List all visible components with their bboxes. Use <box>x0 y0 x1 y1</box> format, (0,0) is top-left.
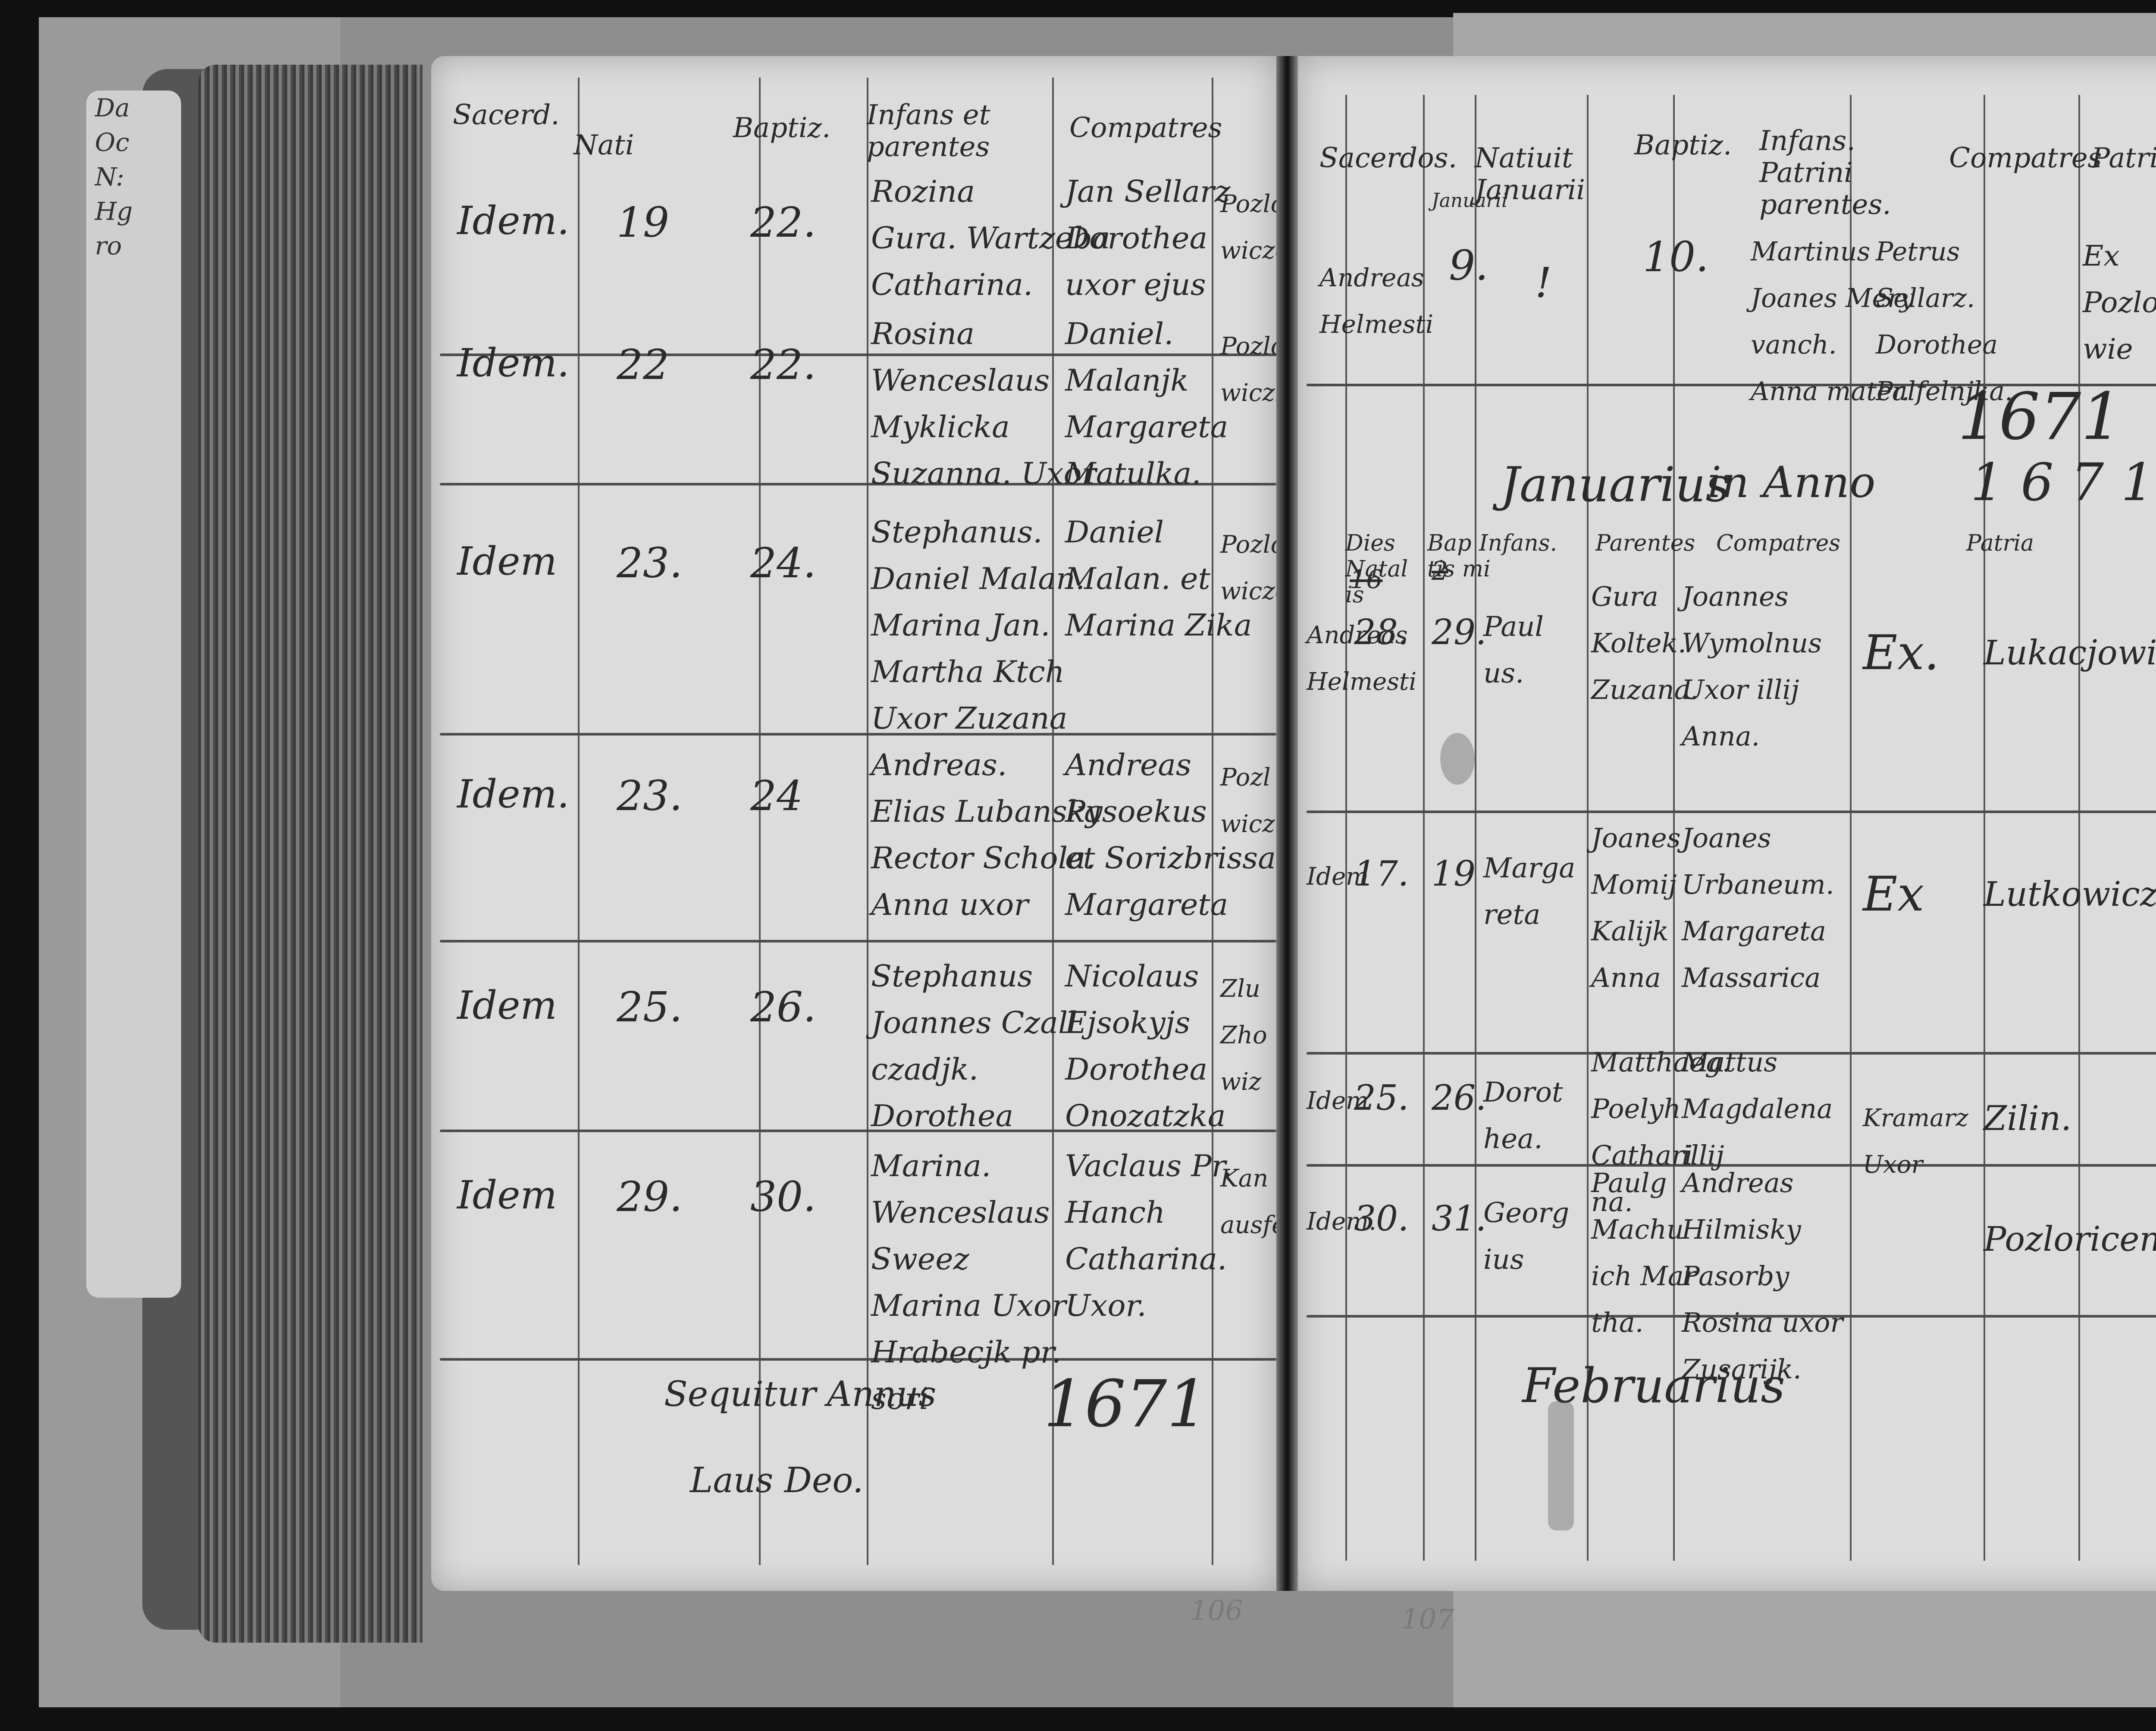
entry-compatres: uxor ejus <box>1065 261 1206 308</box>
entry-infans-parentes: Marina Jan. <box>871 602 1050 648</box>
entry-locus: wicz <box>1220 801 1275 848</box>
entry-sacerdos: Idem. <box>457 198 569 244</box>
entry-infans-parentes: Wenceslaus <box>871 1189 1050 1236</box>
entry-dies-natalis: 30. <box>1354 1199 1409 1239</box>
entry-ex: Uxor <box>1863 1142 1923 1188</box>
entry-infans-parentes: Sweez <box>871 1236 969 1282</box>
entry-compatres: Hanch <box>1065 1189 1165 1236</box>
entry-compatres: Massarica <box>1682 955 1821 1001</box>
entry-baptizati: 22. <box>750 341 816 389</box>
col-header-sacerdos: Sacerdos. <box>1319 142 1457 174</box>
entry-nati: 23. <box>617 772 683 820</box>
entry-compatres: Sellarz. <box>1876 275 1975 322</box>
entry-ex: Ex <box>1863 871 1924 917</box>
entry-infans-parentes: Marina Uxor <box>871 1282 1066 1329</box>
column-rule <box>1984 95 1985 1561</box>
entry-infans-parentes: Rosina <box>871 310 975 357</box>
entry-baptizati: 30. <box>750 1173 816 1221</box>
entry-infans-parentes: Stephanus <box>871 953 1033 999</box>
entry-patria: Pozlo <box>2083 279 2156 326</box>
entry-locus: Pozl <box>1220 754 1271 801</box>
entry-locus: Pozlo <box>1220 323 1285 370</box>
entry-parentes: Kalijk <box>1591 908 1669 955</box>
page-number: 106 <box>1190 1595 1243 1627</box>
entry-patria: Pozloricensis <box>1984 1220 2156 1259</box>
section-year: 1671. <box>1971 453 2156 513</box>
edge-fragment: Da Oc N: Hg ro <box>86 91 181 1298</box>
col-header-infans: Infans et parentes <box>867 99 1065 163</box>
entry-compatres: Mattus <box>1682 1039 1777 1086</box>
entry-infans-parentes: Hrabecjk pr. <box>871 1329 1061 1375</box>
entry-parentes: Momij <box>1591 861 1677 908</box>
entry-infans-parentes: Myklicka <box>871 404 1010 450</box>
entry-baptismi: 29. <box>1432 612 1486 652</box>
entry-compatres: Vaclaus Pr. <box>1065 1143 1232 1189</box>
entry-compatres: Margareta <box>1065 881 1228 928</box>
column-rule <box>867 78 868 1565</box>
entry-parentes: Poelyh <box>1591 1086 1681 1132</box>
entry-locus: Zlu <box>1220 966 1260 1012</box>
entry-januarii: 9. <box>1449 241 1489 290</box>
entry-compatres: Malanjk <box>1065 357 1189 404</box>
entry-compatres: Dorothea <box>1876 322 1998 368</box>
entry-nati: 29. <box>617 1173 683 1221</box>
entry-patria: Lutkowicz <box>1984 875 2156 914</box>
entry-compatres: Andreas <box>1065 742 1191 788</box>
fragment-text: Oc <box>95 125 181 160</box>
col-header-nati: Nati <box>573 129 634 161</box>
column-rule <box>2078 95 2080 1561</box>
column-rule <box>1212 78 1213 1565</box>
row-rule <box>440 1358 1276 1361</box>
column-rule <box>1475 95 1476 1561</box>
entry-infans-parentes: Dorothea <box>871 1092 1013 1139</box>
entry-ex: Kramarz <box>1863 1095 1968 1142</box>
entry-sacerdos: Helmesti <box>1319 301 1433 347</box>
crossed-out-date: 2 <box>1432 556 1448 586</box>
entry-parentes: tha. <box>1591 1299 1644 1346</box>
entry-baptismi: 31. <box>1432 1199 1486 1239</box>
entry-infans: Paul <box>1483 604 1544 650</box>
ink-stain <box>1440 733 1475 785</box>
entry-baptiz: 10. <box>1643 233 1709 281</box>
entry-baptismi: 26. <box>1432 1078 1486 1118</box>
entry-baptizati: 22. <box>750 198 816 247</box>
entry-compatres: Onozatzka <box>1065 1092 1225 1139</box>
entry-nati: 23. <box>617 539 683 587</box>
entry-infans-parentes: Anna uxor <box>871 881 1028 928</box>
ink-blot <box>1548 1401 1574 1531</box>
page-edges-left <box>198 65 423 1643</box>
fragment-text: Hg <box>95 194 181 229</box>
entry-infans-parentes: Wenceslaus <box>871 357 1050 404</box>
entry-compatres: Andreas <box>1682 1160 1794 1206</box>
col-header-infans: Infans. Patrini parentes. <box>1759 125 1880 221</box>
entry-parentes: Paulg <box>1591 1160 1667 1206</box>
entry-compatres: Uxor. <box>1065 1282 1147 1329</box>
entry-compatres: Dorothea <box>1065 215 1207 261</box>
entry-dies-natalis: 28. <box>1354 612 1409 652</box>
entry-compatres: Petrus <box>1876 229 1960 275</box>
row-rule <box>1307 811 2156 813</box>
col-header-baptizati: Baptiz. <box>733 112 830 144</box>
entry-sacerdos: Helmesti <box>1307 659 1416 705</box>
entry-baptizati: 26. <box>750 983 816 1031</box>
entry-sacerdos: Idem. <box>457 341 569 386</box>
footer-laus-deo: Laus Deo. <box>690 1457 864 1504</box>
entry-infans-parentes: Martinus <box>1751 229 1870 275</box>
entry-compatres: Hilmisky <box>1682 1206 1801 1253</box>
section-in-anno: in Anno <box>1708 457 1875 507</box>
entry-sacerdos: Idem <box>457 1173 557 1218</box>
footer-year: 1671 <box>1044 1367 1208 1442</box>
entry-patria: Ex <box>2083 233 2119 279</box>
entry-locus: Zho <box>1220 1012 1267 1059</box>
entry-compatres: Jan Sellarz <box>1065 168 1230 215</box>
entry-compatres: Magdalena <box>1682 1086 1833 1132</box>
entry-infans-parentes: Martha Ktch <box>871 648 1065 695</box>
crossed-out-date: 16 <box>1350 565 1382 595</box>
entry-locus: Kan <box>1220 1155 1268 1202</box>
entry-baptizati: 24 <box>750 772 803 820</box>
entry-infans-parentes: Daniel Malan. <box>871 555 1085 602</box>
entry-compatres: Ejsokyjs <box>1065 999 1190 1046</box>
column-rule <box>578 78 580 1565</box>
sub-column-header: Compatres <box>1716 530 1789 556</box>
col-header-natiuit: Natiuit Januarii <box>1475 142 1570 206</box>
entry-nati: 22 <box>617 341 669 389</box>
entry-infans: ius <box>1483 1236 1524 1283</box>
entry-compatres: Margareta <box>1065 404 1228 450</box>
entry-dies-natalis: 25. <box>1354 1078 1409 1118</box>
col-header-sacerdos: Sacerd. <box>453 99 560 131</box>
entry-locus: Pozlo <box>1220 181 1285 228</box>
entry-baptismi: 19 <box>1432 854 1476 894</box>
entry-compatres: Wymolnus <box>1682 620 1822 667</box>
entry-parentes: Anna <box>1591 955 1661 1001</box>
col-header-patria: Patria <box>2091 142 2156 174</box>
entry-infans: Marga <box>1483 845 1575 892</box>
entry-sacerdos: Idem. <box>457 772 569 817</box>
entry-infans-parentes: Stephanus. <box>871 509 1042 555</box>
entry-patria: wie <box>2083 326 2133 372</box>
entry-parentes: Joanes <box>1591 815 1681 861</box>
entry-sacerdos: Idem <box>457 539 557 584</box>
col-header-compatres: Compatres <box>1949 142 2102 174</box>
entry-compatres: Catharina. <box>1065 1236 1227 1282</box>
entry-locus: wiz <box>1220 1059 1261 1105</box>
entry-infans-parentes: Suzanna. Uxor <box>871 450 1096 497</box>
page-number: 107 <box>1401 1604 1454 1636</box>
entry-infans: Georg <box>1483 1190 1569 1236</box>
fragment-text: ro <box>95 229 181 263</box>
entry-compatres: Malan. et <box>1065 555 1210 602</box>
entry-compatres: Margareta <box>1682 908 1826 955</box>
entry-compatres: Uxor illij <box>1682 667 1799 713</box>
entry-infans-parentes: Rector Schola. <box>871 835 1095 881</box>
fragment-text: Da <box>95 91 181 125</box>
entry-compatres: Nicolaus <box>1065 953 1199 999</box>
entry-compatres: Joannes <box>1682 573 1789 620</box>
entry-nati: 25. <box>617 983 683 1031</box>
entry-parentes: Koltek. <box>1591 620 1686 667</box>
entry-infans: reta <box>1483 892 1540 938</box>
footer-sequitur: Sequitur Annus <box>664 1371 936 1418</box>
sub-column-header: Parentes <box>1595 530 1669 556</box>
entry-infans-parentes: vanch. <box>1751 322 1837 368</box>
entry-infans-parentes: Marina. <box>871 1143 991 1189</box>
entry-parentes: Gura <box>1591 573 1658 620</box>
sub-column-header: Patria <box>1966 530 2040 556</box>
column-rule <box>759 78 761 1565</box>
entry-infans: us. <box>1483 650 1524 697</box>
entry-infans-parentes: czadjk. <box>871 1046 978 1092</box>
entry-compatres: Rosina uxor <box>1682 1299 1843 1346</box>
entry-infans-parentes: Joannes Czall <box>871 999 1078 1046</box>
entry-compatres: Dorothea <box>1065 1046 1207 1092</box>
entry-nati: 19 <box>617 198 669 247</box>
column-rule <box>1587 95 1589 1561</box>
sub-column-header: Infans. <box>1479 530 1552 556</box>
entry-compatres: Urbaneum. <box>1682 861 1834 908</box>
col-header-baptiz: Baptiz. <box>1634 129 1732 161</box>
entry-ex: Ex. <box>1863 629 1939 676</box>
entry-compatres: Daniel. <box>1065 310 1173 357</box>
entry-infans-parentes: Andreas. <box>871 742 1007 788</box>
entry-natus: ! <box>1535 259 1552 307</box>
col-header-compatres: Compatres <box>1069 112 1222 144</box>
section-month: Januarius <box>1501 457 1730 512</box>
fragment-text: N: <box>95 160 181 194</box>
entry-infans-parentes: Rozina <box>871 168 975 215</box>
entry-baptizati: 24. <box>750 539 816 587</box>
entry-compatres: Matulka. <box>1065 450 1201 497</box>
row-rule <box>440 940 1276 942</box>
entry-dies-natalis: 17. <box>1354 854 1409 894</box>
entry-infans-parentes: Uxor Zuzana <box>871 695 1067 742</box>
year-marker: 1671 <box>1958 379 2122 454</box>
book-gutter <box>1276 56 1298 1591</box>
entry-parentes: Machu <box>1591 1206 1684 1253</box>
entry-parentes: ich Mar <box>1591 1253 1696 1299</box>
entry-locus: Pozlo <box>1220 522 1285 568</box>
entry-patria: Zilin. <box>1984 1099 2071 1138</box>
entry-patria: Lukacjowicz <box>1984 634 2156 673</box>
entry-infans-parentes: Catharina. <box>871 261 1033 308</box>
entry-infans: Dorot <box>1483 1069 1563 1116</box>
row-rule <box>440 733 1276 736</box>
entry-compatres: Pasorby <box>1682 1253 1789 1299</box>
entry-compatres: Anna. <box>1682 713 1760 760</box>
entry-compatres: Pasoekus <box>1065 788 1207 835</box>
entry-compatres: Daniel <box>1065 509 1164 555</box>
entry-infans: hea. <box>1483 1116 1543 1162</box>
entry-sacerdos: Andreas <box>1319 254 1424 301</box>
entry-sacerdos: Idem <box>457 983 557 1028</box>
entry-compatres: Joanes <box>1682 815 1771 861</box>
